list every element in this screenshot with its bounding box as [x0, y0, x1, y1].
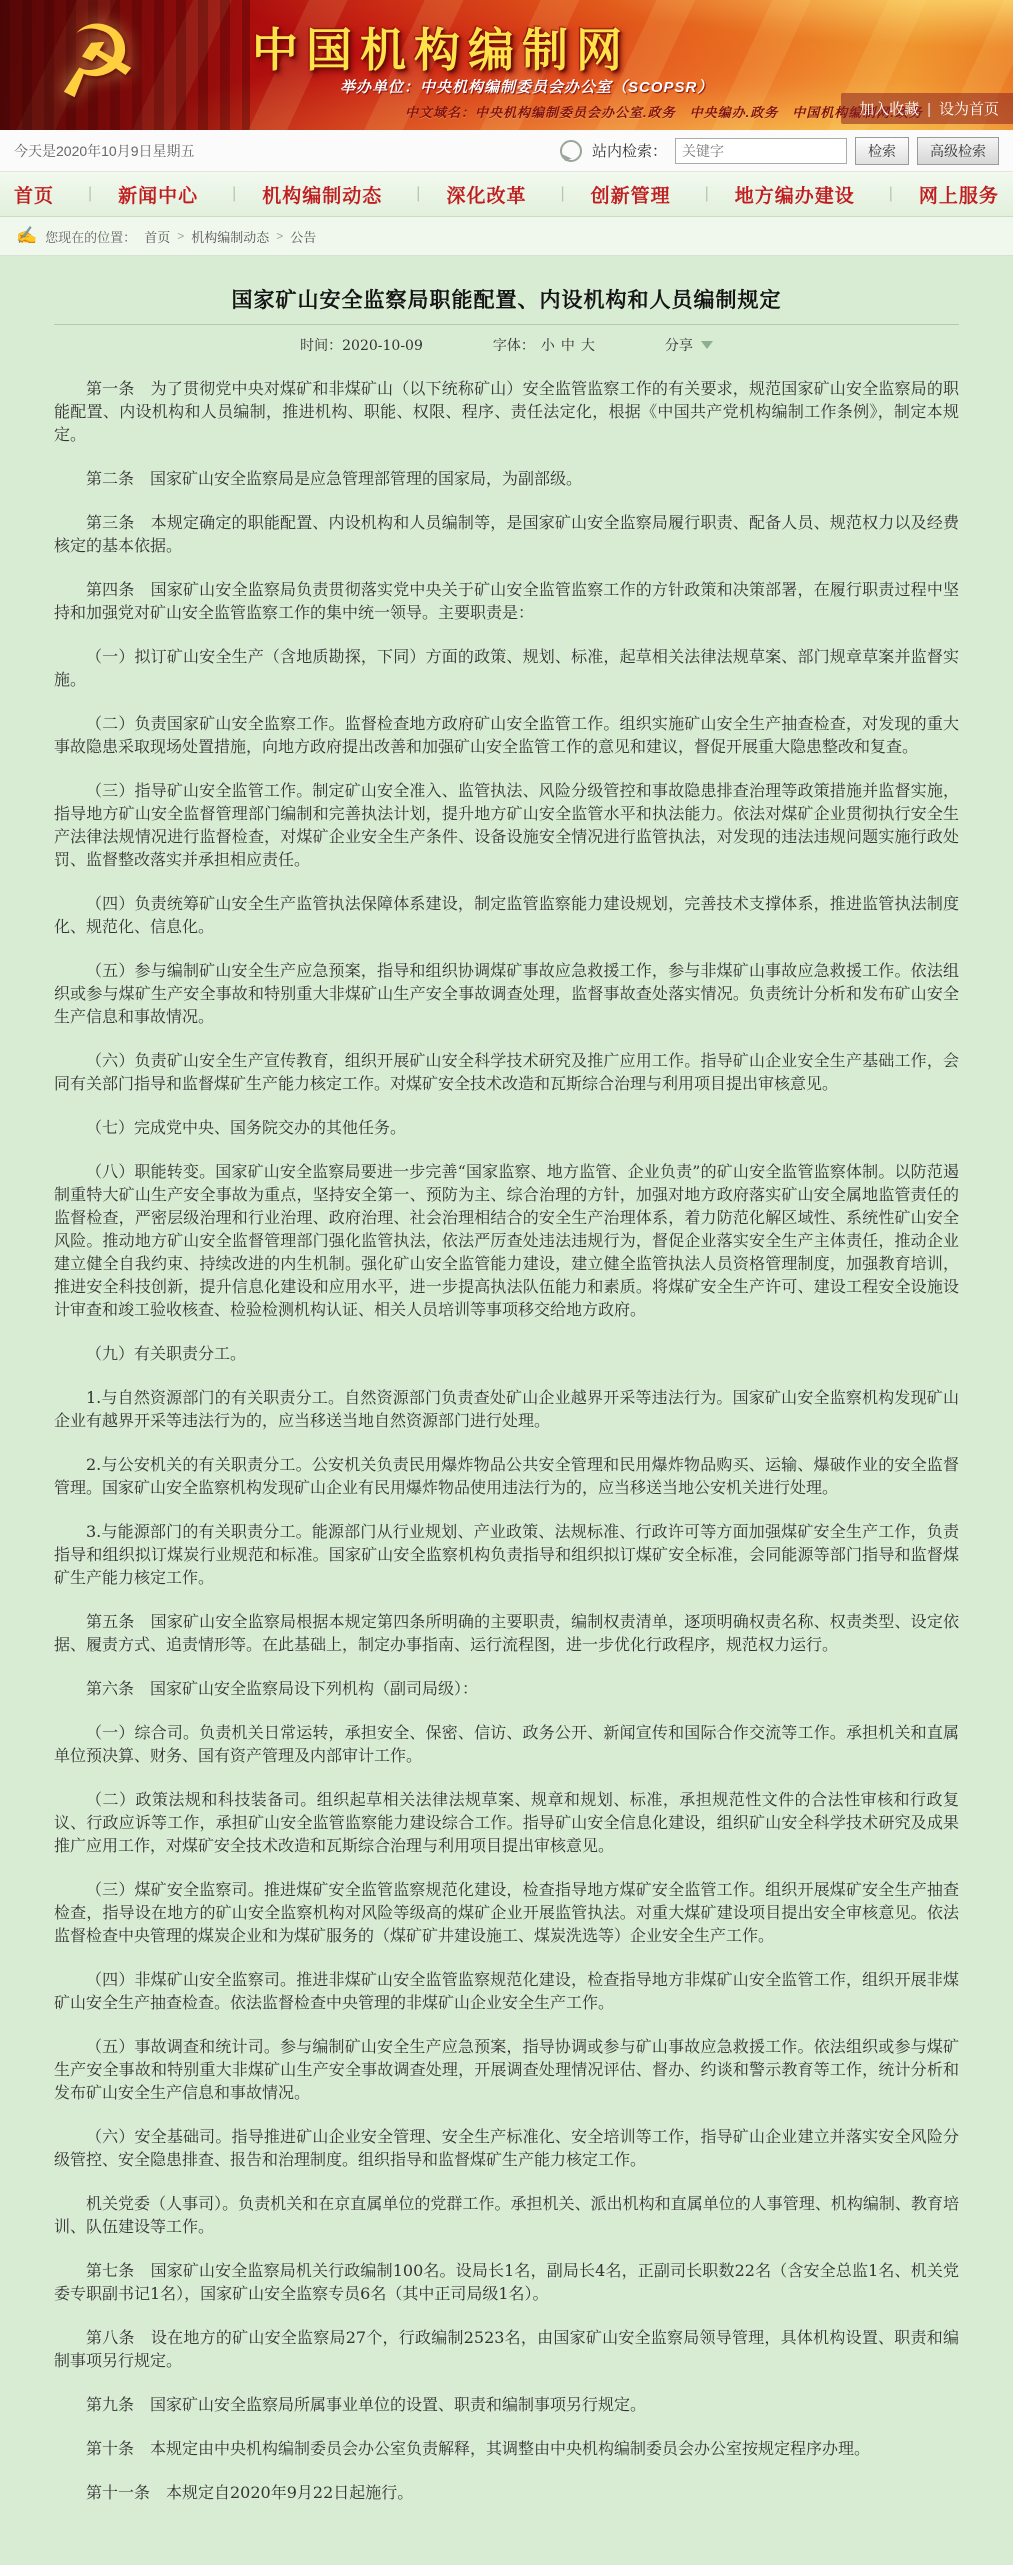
article-paragraph: （五）事故调查和统计司。参与编制矿山安全生产应急预案，指导协调或参与矿山事故应急…: [54, 2035, 959, 2104]
article-time: 时间：2020-10-09: [300, 335, 423, 355]
breadcrumb-item: 机构编制动态: [170, 227, 269, 246]
search-area: 站内检索： 检索 高级检索: [560, 137, 999, 165]
article-paragraph: （五）参与编制矿山安全生产应急预案，指导和组织协调煤矿事故应急救援工作，参与非煤…: [54, 959, 959, 1028]
date-text: 今天是2020年10月9日星期五: [14, 141, 195, 161]
article-paragraph: （三）指导矿山安全监管工作。制定矿山安全准入、监管执法、风险分级管控和事故隐患排…: [54, 779, 959, 871]
search-button[interactable]: 检索: [855, 137, 909, 165]
article-paragraph: （六）安全基础司。指导推进矿山企业安全管理、安全生产标准化、安全培训等工作，指导…: [54, 2125, 959, 2171]
article-paragraph: （四）负责统筹矿山安全生产监管执法保障体系建设，制定监管监察能力建设规划，完善技…: [54, 892, 959, 938]
search-label: 站内检索：: [592, 140, 667, 161]
article-paragraph: （七）完成党中央、国务院交办的其他任务。: [54, 1116, 959, 1139]
article-body: 第一条 为了贯彻党中央对煤矿和非煤矿山（以下统称矿山）安全监管监察工作的有关要求…: [54, 377, 959, 2504]
article-paragraph: （一）综合司。负责机关日常运转，承担安全、保密、信访、政务公开、新闻宣传和国际合…: [54, 1721, 959, 1767]
title-divider: [54, 324, 959, 325]
article-paragraph: （六）负责矿山安全生产宣传教育，组织开展矿山安全科学技术研究及推广应用工作。指导…: [54, 1049, 959, 1095]
breadcrumb-link[interactable]: 机构编制动态: [191, 227, 269, 246]
article-paragraph: 第八条 设在地方的矿山安全监察局27个，行政编制2523名，由国家矿山安全监察局…: [54, 2326, 959, 2372]
article-paragraph: （九）有关职责分工。: [54, 1342, 959, 1365]
article-paragraph: 第九条 国家矿山安全监察局所属事业单位的设置、职责和编制事项另行规定。: [54, 2393, 959, 2416]
nav-item: 深化改革: [390, 181, 526, 208]
set-home-link[interactable]: 设为首页: [939, 101, 999, 118]
nav-item: 创新管理: [534, 181, 670, 208]
favorite-separator: |: [927, 101, 931, 118]
article-paragraph: 第十条 本规定由中央机构编制委员会办公室负责解释，其调整由中央机构编制委员会办公…: [54, 2437, 959, 2460]
nav-item: 地方编办建设: [679, 181, 855, 208]
nav-link[interactable]: 新闻中心: [118, 181, 198, 208]
nav-item: 网上服务: [863, 181, 999, 208]
nav-link[interactable]: 深化改革: [446, 181, 526, 208]
breadcrumb-prefix: 您现在的位置：: [45, 227, 136, 246]
article-paragraph: 1.与自然资源部门的有关职责分工。自然资源部门负责查处矿山企业越界开采等违法行为…: [54, 1386, 959, 1432]
font-medium-button[interactable]: 中: [561, 335, 575, 355]
favorite-band: 加入收藏|设为首页: [841, 93, 1013, 124]
article: 国家矿山安全监察局职能配置、内设机构和人员编制规定 时间：2020-10-09 …: [54, 256, 959, 2565]
nav-link[interactable]: 地方编办建设: [735, 181, 855, 208]
article-paragraph: 机关党委（人事司）。负责机关和在京直属单位的党群工作。承担机关、派出机构和直属单…: [54, 2192, 959, 2238]
breadcrumb-link[interactable]: 公告: [290, 227, 316, 246]
location-pen-icon: ✍: [16, 226, 37, 246]
article-paragraph: 2.与公安机关的有关职责分工。公安机关负责民用爆炸物品公共安全管理和民用爆炸物品…: [54, 1453, 959, 1499]
article-paragraph: （四）非煤矿山安全监察司。推进非煤矿山安全监管监察规范化建设，检查指导地方非煤矿…: [54, 1968, 959, 2014]
article-paragraph: 第六条 国家矿山安全监察局设下列机构（副司局级）：: [54, 1677, 959, 1700]
main-nav: 首页新闻中心机构编制动态深化改革创新管理地方编办建设网上服务: [0, 172, 1013, 217]
article-paragraph: 3.与能源部门的有关职责分工。能源部门从行业规划、产业政策、法规标准、行政许可等…: [54, 1520, 959, 1589]
site-title: 中国机构编制网: [252, 14, 630, 80]
article-paragraph: 第四条 国家矿山安全监察局负责贯彻落实党中央关于矿山安全监管监察工作的方针政策和…: [54, 578, 959, 624]
chevron-down-icon[interactable]: [701, 341, 713, 349]
party-emblem-icon: ☭: [44, 0, 146, 127]
article-paragraph: 第一条 为了贯彻党中央对煤矿和非煤矿山（以下统称矿山）安全监管监察工作的有关要求…: [54, 377, 959, 446]
article-paragraph: （三）煤矿安全监察司。推进煤矿安全监管监察规范化建设，检查指导地方煤矿安全监管工…: [54, 1878, 959, 1947]
page-title: 国家矿山安全监察局职能配置、内设机构和人员编制规定: [54, 284, 959, 314]
breadcrumb-list: 首页机构编制动态公告: [144, 227, 316, 246]
search-input[interactable]: [675, 138, 847, 164]
breadcrumb: ✍ 您现在的位置： 首页机构编制动态公告: [0, 217, 1013, 256]
article-paragraph: （二）政策法规和科技装备司。组织起草相关法律法规草案、规章和规划、标准，承担规范…: [54, 1788, 959, 1857]
font-large-button[interactable]: 大: [581, 335, 595, 355]
article-paragraph: 第三条 本规定确定的职能配置、内设机构和人员编制等，是国家矿山安全监察局履行职责…: [54, 511, 959, 557]
font-size-controls: 字体： 小 中 大: [493, 335, 595, 355]
nav-link[interactable]: 首页: [14, 181, 54, 208]
nav-link[interactable]: 创新管理: [591, 181, 671, 208]
article-paragraph: （八）职能转变。国家矿山安全监察局要进一步完善“国家监察、地方监管、企业负责”的…: [54, 1160, 959, 1321]
nav-link[interactable]: 网上服务: [919, 181, 999, 208]
breadcrumb-link[interactable]: 首页: [144, 227, 170, 246]
nav-link[interactable]: 机构编制动态: [262, 181, 382, 208]
nav-item: 新闻中心: [62, 181, 198, 208]
breadcrumb-item: 首页: [144, 227, 170, 246]
add-favorite-link[interactable]: 加入收藏: [859, 101, 919, 118]
article-paragraph: （二）负责国家矿山安全监察工作。监督检查地方政府矿山安全监管工作。组织实施矿山安…: [54, 712, 959, 758]
share-label[interactable]: 分享: [665, 335, 693, 355]
font-label: 字体：: [493, 335, 535, 355]
nav-item: 首页: [14, 181, 54, 208]
nav-item: 机构编制动态: [206, 181, 382, 208]
article-meta: 时间：2020-10-09 字体： 小 中 大 分享: [54, 335, 959, 355]
header-banner: ☭ 中国机构编制网 举办单位：中央机构编制委员会办公室（SCOPSR） 中文域名…: [0, 0, 1013, 130]
share-control: 分享: [665, 335, 713, 355]
article-paragraph: 第七条 国家矿山安全监察局机关行政编制100名。设局长1名，副局长4名，正副司长…: [54, 2259, 959, 2305]
font-small-button[interactable]: 小: [541, 335, 555, 355]
organizer-line: 举办单位：中央机构编制委员会办公室（SCOPSR）: [340, 76, 713, 97]
search-bubble-icon: [560, 140, 582, 162]
article-paragraph: 第二条 国家矿山安全监察局是应急管理部管理的国家局，为副部级。: [54, 467, 959, 490]
article-paragraph: （一）拟订矿山安全生产（含地质勘探，下同）方面的政策、规划、标准，起草相关法律法…: [54, 645, 959, 691]
advanced-search-button[interactable]: 高级检索: [917, 137, 999, 165]
toolbar-row: 今天是2020年10月9日星期五 站内检索： 检索 高级检索: [0, 130, 1013, 172]
article-paragraph: 第十一条 本规定自2020年9月22日起施行。: [54, 2481, 959, 2504]
article-paragraph: 第五条 国家矿山安全监察局根据本规定第四条所明确的主要职责，编制权责清单，逐项明…: [54, 1610, 959, 1656]
breadcrumb-item: 公告: [269, 227, 316, 246]
nav-list: 首页新闻中心机构编制动态深化改革创新管理地方编办建设网上服务: [6, 181, 1007, 208]
